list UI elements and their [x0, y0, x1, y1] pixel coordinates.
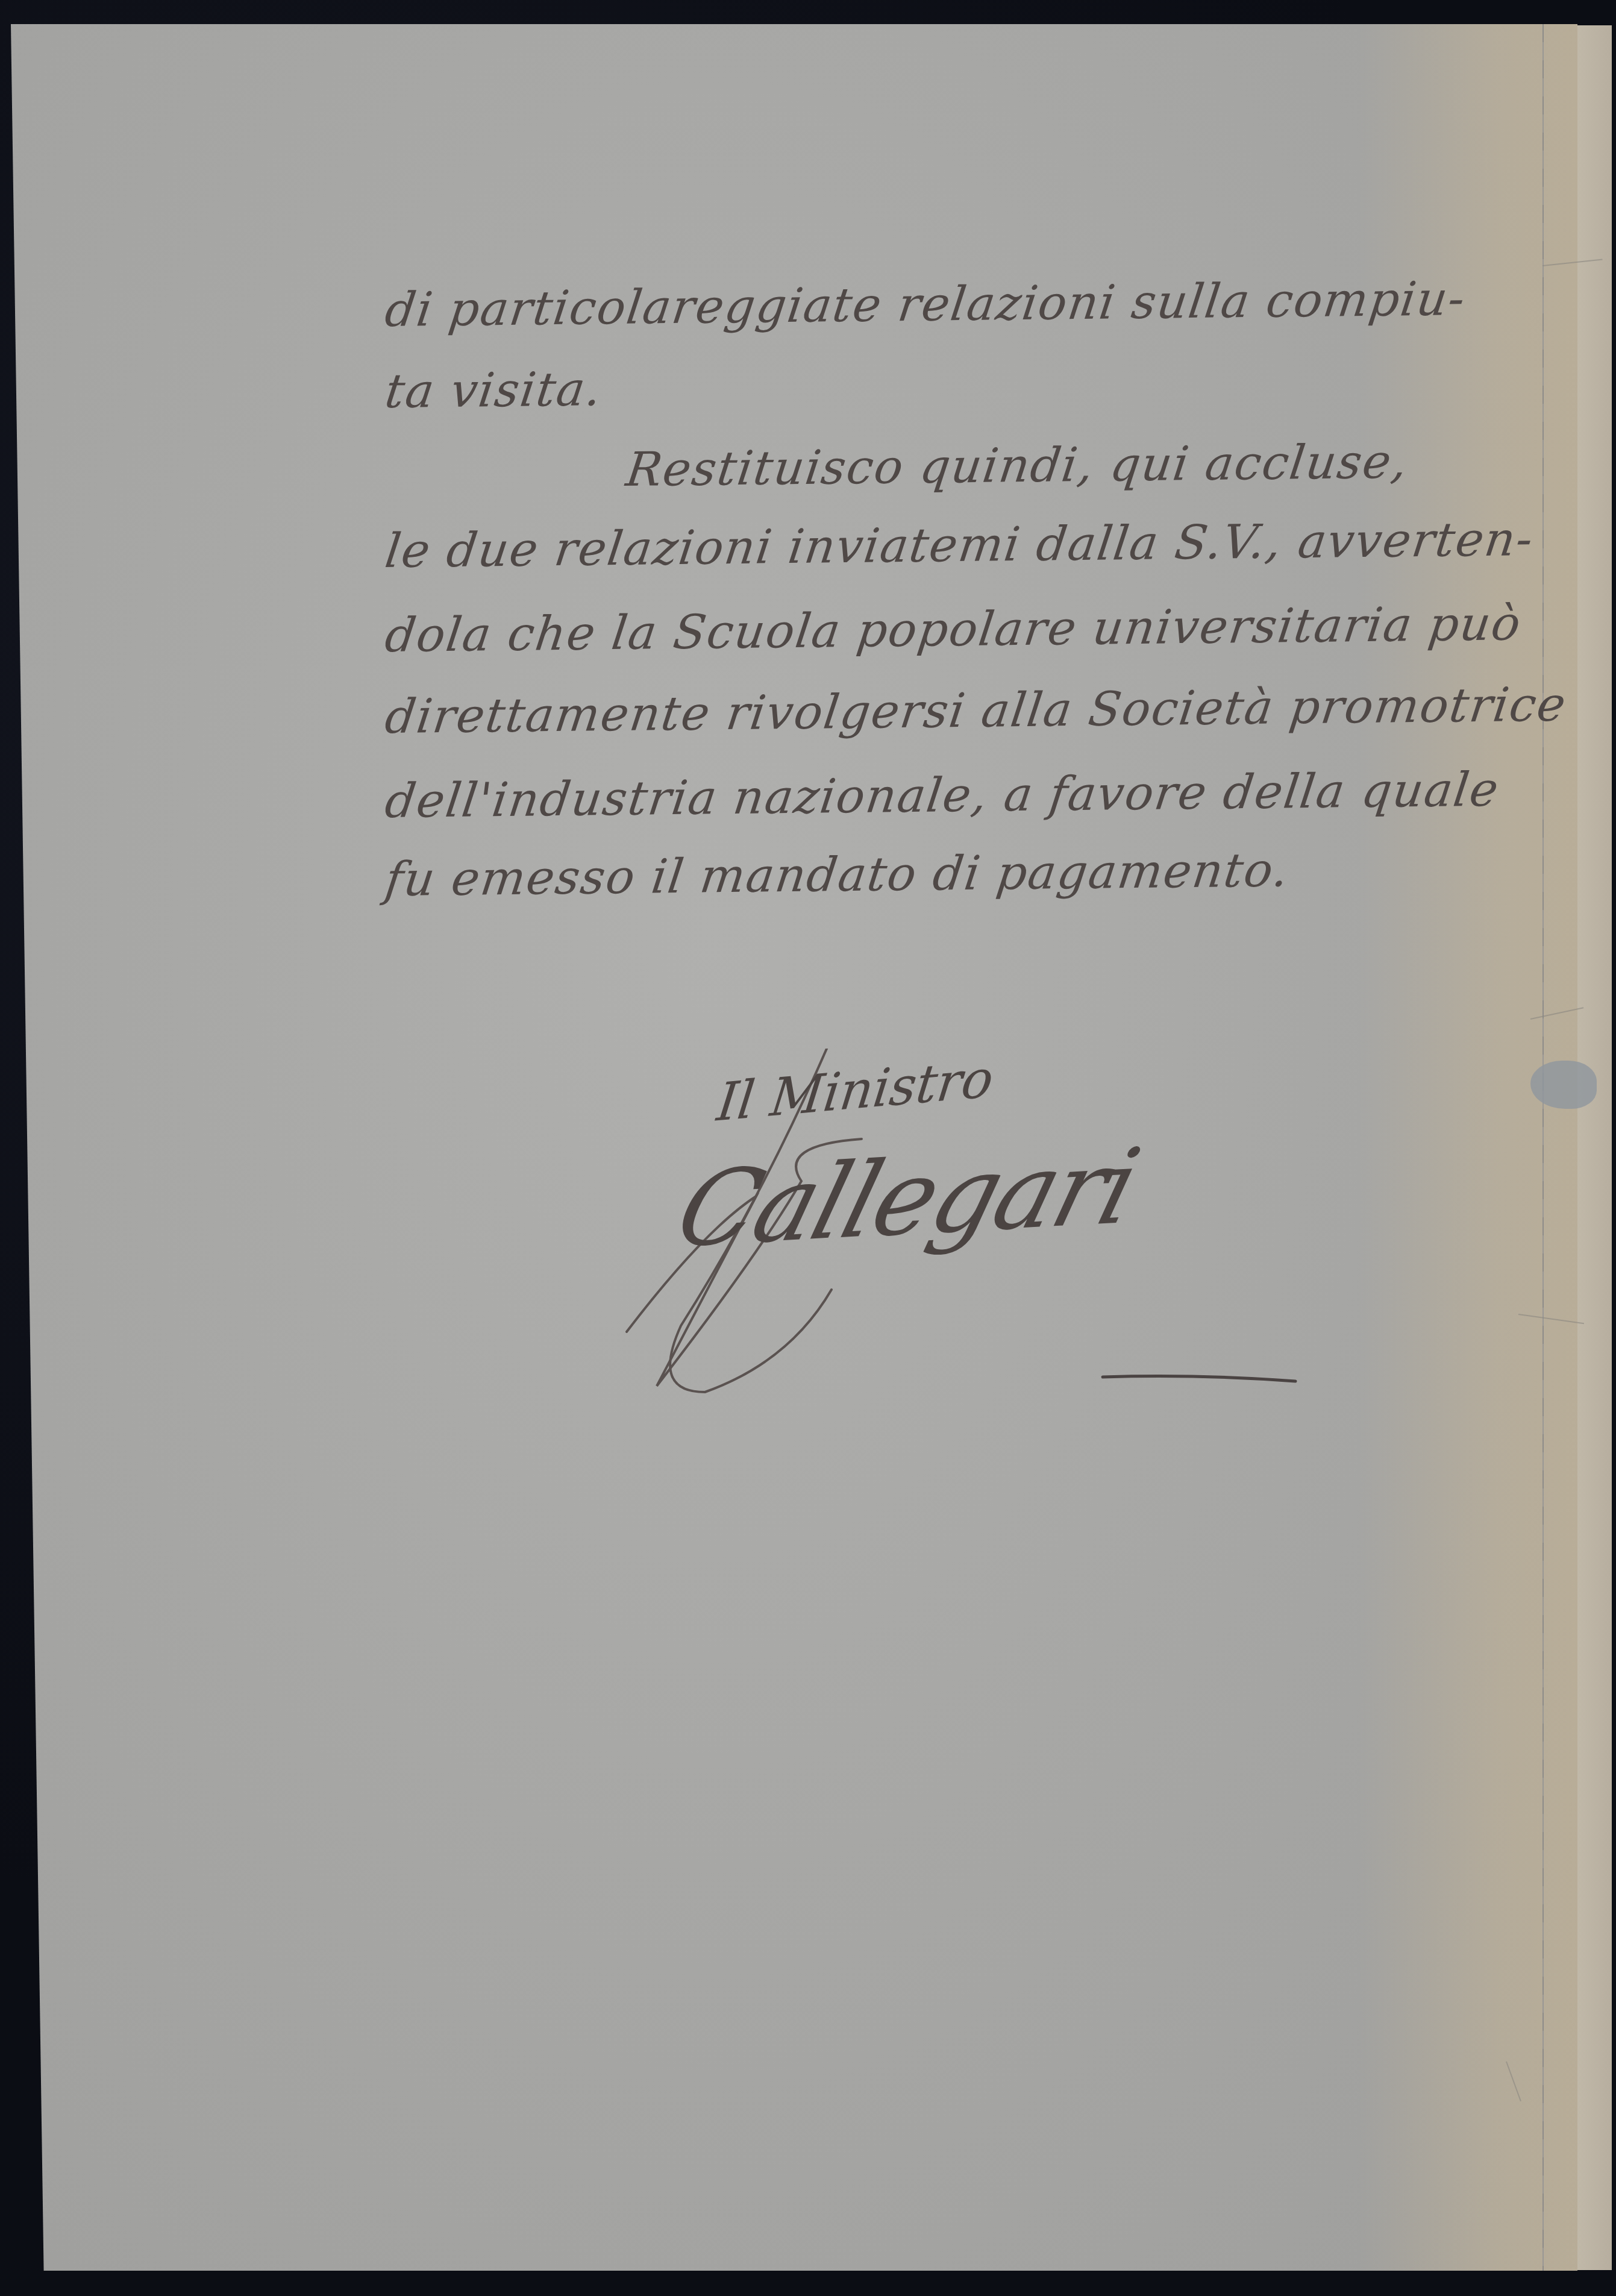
body-line: fu emesso il mandato di pagamento.: [382, 843, 1292, 907]
page-fold-crease: [1542, 24, 1544, 2271]
body-line: Restituisco quindi, qui accluse,: [623, 434, 1412, 497]
signature: Callegari: [665, 1126, 1149, 1271]
body-line: di particolareggiate relazioni sulla com…: [382, 272, 1469, 337]
signature-block: Il Ministro Callegari: [609, 1049, 1332, 1410]
body-line: ta visita.: [382, 362, 606, 419]
paper-stain: [1530, 1061, 1597, 1109]
faded-bleedthrough-mark: [360, 1513, 725, 1646]
